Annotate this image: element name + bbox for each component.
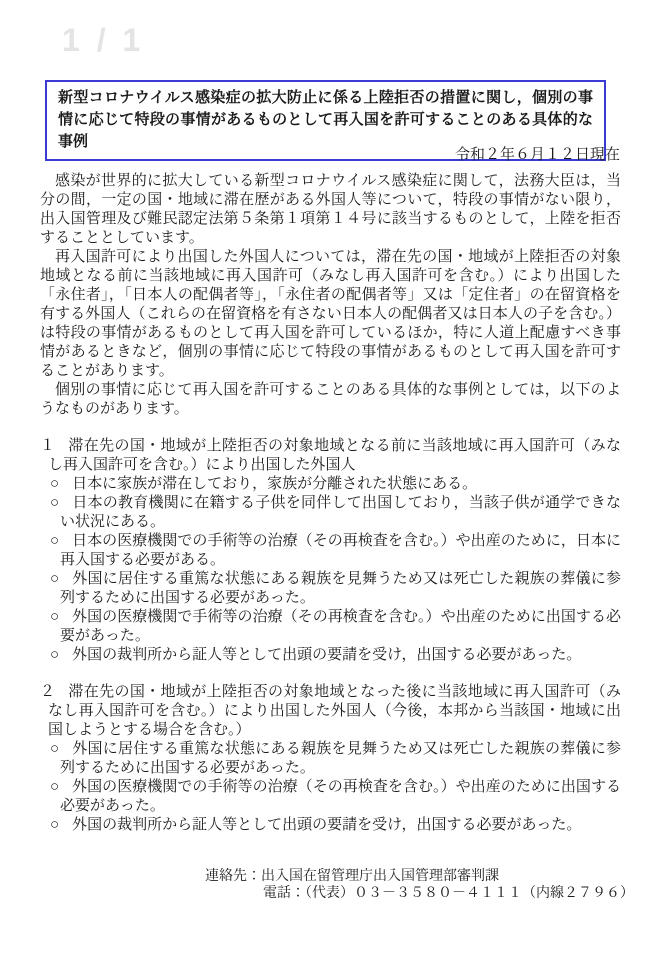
contact-line: 連絡先：出入国在留管理庁出入国管理部審判課 [205, 868, 634, 885]
list-item: ○日本の医療機関での手術等の治療（その再検査を含む。）や出産のために，日本に再入… [40, 532, 621, 570]
circle-bullet: ○ [50, 571, 59, 587]
document-title: 新型コロナウイルス感染症の拡大防止に係る上陸拒否の措置に関し，個別の事情に応じて… [58, 89, 593, 150]
list-item: ○外国に居住する重篤な状態にある親族を見舞うため又は死亡した親族の葬儀に参列する… [40, 570, 621, 608]
list-item: ○日本の教育機関に在籍する子供を同伴して出国しており，当該子供が通学できない状況… [40, 494, 621, 532]
list-item: ○外国の医療機関で手術等の治療（その再検査を含む。）や出産のために出国する必要が… [40, 608, 621, 646]
section-2-number: ２ [40, 684, 55, 700]
list-item: ○外国の医療機関での手術等の治療（その再検査を含む。）や出産のために出国する必要… [40, 778, 621, 816]
paragraph-intro: 感染が世界的に拡大している新型コロナウイルス感染症に関して，法務大臣は，当分の間… [40, 172, 621, 248]
list-item-text: 外国の医療機関での手術等の治療（その再検査を含む。）や出産のために出国する必要が… [60, 779, 621, 814]
list-item-text: 外国の裁判所から証人等として出頭の要請を受け，出国する必要があった。 [72, 817, 581, 833]
section-2: ２滞在先の国・地域が上陸拒否の対象地域となった後に当該地域に再入国許可（みなし再… [40, 683, 621, 835]
circle-bullet: ○ [50, 647, 59, 663]
date-line: 令和２年６月１２日現在 [455, 146, 620, 165]
list-item-text: 日本の教育機関に在籍する子供を同伴して出国しており，当該子供が通学できない状況に… [60, 495, 621, 530]
list-item-text: 外国の裁判所から証人等として出頭の要請を受け，出国する必要があった。 [72, 647, 581, 663]
contact-footer: 連絡先：出入国在留管理庁出入国管理部審判課 電話：（代表）０３－３５８０－４１１… [205, 868, 634, 902]
section-2-heading-text: 滞在先の国・地域が上陸拒否の対象地域となった後に当該地域に再入国許可（みなし再入… [48, 684, 621, 738]
list-item: ○日本に家族が滞在しており，家族が分離された状態にある。 [40, 475, 621, 494]
document-body: 感染が世界的に拡大している新型コロナウイルス感染症に関して，法務大臣は，当分の間… [40, 172, 621, 835]
list-item-text: 日本に家族が滞在しており，家族が分離された状態にある。 [72, 476, 477, 492]
list-item: ○外国に居住する重篤な状態にある親族を見舞うため又は死亡した親族の葬儀に参列する… [40, 740, 621, 778]
section-2-heading: ２滞在先の国・地域が上陸拒否の対象地域となった後に当該地域に再入国許可（みなし再… [40, 683, 621, 740]
circle-bullet: ○ [50, 817, 59, 833]
list-item-text: 外国に居住する重篤な状態にある親族を見舞うため又は死亡した親族の葬儀に参列するた… [60, 571, 621, 606]
phone-line: 電話：（代表）０３－３５８０－４１１１（内線２７９６） [205, 885, 634, 902]
section-1-number: １ [40, 438, 55, 454]
circle-bullet: ○ [50, 779, 59, 795]
section-1: １滞在先の国・地域が上陸拒否の対象地域となる前に当該地域に再入国許可（みなし再入… [40, 437, 621, 665]
paragraph-examples-lead: 個別の事情に応じて再入国を許可することのある具体的な事例としては，以下のようなも… [40, 381, 621, 419]
circle-bullet: ○ [50, 741, 59, 757]
list-item-text: 外国に居住する重篤な状態にある親族を見舞うため又は死亡した親族の葬儀に参列するた… [60, 741, 621, 776]
circle-bullet: ○ [50, 533, 59, 549]
page-indicator: 1 / 1 [62, 22, 144, 59]
list-item-text: 外国の医療機関で手術等の治療（その再検査を含む。）や出産のために出国する必要があ… [60, 609, 621, 644]
circle-bullet: ○ [50, 476, 59, 492]
circle-bullet: ○ [50, 495, 59, 511]
list-item-text: 日本の医療機関での手術等の治療（その再検査を含む。）や出産のために，日本に再入国… [60, 533, 621, 568]
circle-bullet: ○ [50, 609, 59, 625]
paragraph-reentry-policy: 再入国許可により出国した外国人については，滞在先の国・地域が上陸拒否の対象地域と… [40, 248, 621, 381]
list-item: ○外国の裁判所から証人等として出頭の要請を受け，出国する必要があった。 [40, 646, 621, 665]
section-1-heading-text: 滞在先の国・地域が上陸拒否の対象地域となる前に当該地域に再入国許可（みなし再入国… [48, 438, 621, 473]
list-item: ○外国の裁判所から証人等として出頭の要請を受け，出国する必要があった。 [40, 816, 621, 835]
section-1-heading: １滞在先の国・地域が上陸拒否の対象地域となる前に当該地域に再入国許可（みなし再入… [40, 437, 621, 475]
document-page: 1 / 1 新型コロナウイルス感染症の拡大防止に係る上陸拒否の措置に関し，個別の… [0, 0, 650, 976]
